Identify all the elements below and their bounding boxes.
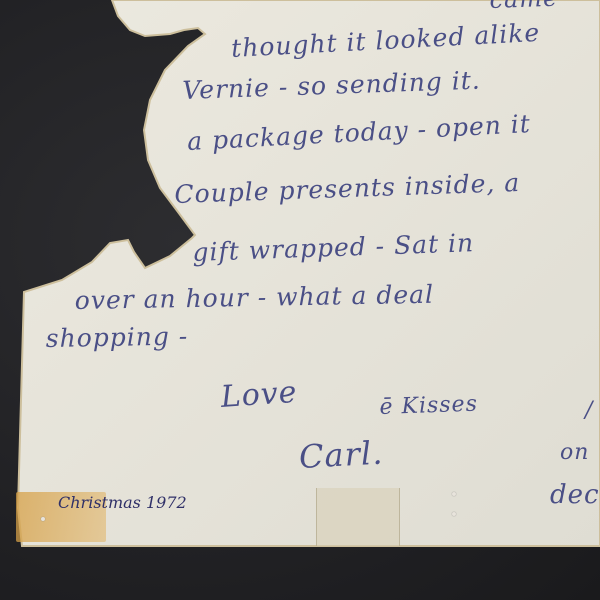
- letter-line-7: shopping -: [45, 322, 188, 353]
- letter-closing: Love: [220, 375, 299, 415]
- pin-hole: [452, 492, 456, 496]
- right-margin-fragment-dec: dec: [550, 480, 600, 510]
- pin-hole: [41, 517, 45, 521]
- right-margin-fragment-on: on: [560, 440, 589, 465]
- right-margin-fragment-top: /: [585, 398, 593, 423]
- pin-hole: [452, 512, 456, 516]
- aged-tape-middle: [316, 488, 400, 546]
- date-annotation: Christmas 1972: [58, 493, 187, 512]
- letter-signature: Carl.: [298, 434, 384, 476]
- letter-closing-kisses: ē Kisses: [379, 392, 478, 420]
- letter-top-fragment: came: [489, 0, 559, 14]
